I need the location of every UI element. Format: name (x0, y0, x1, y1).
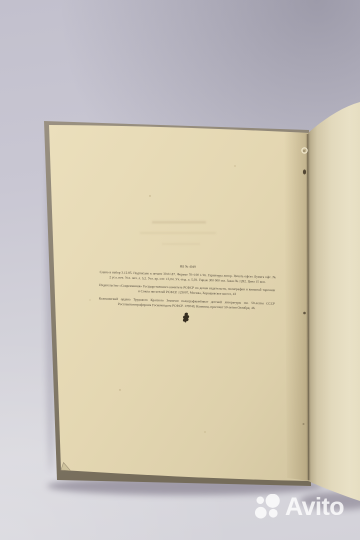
right-page (308, 102, 360, 501)
colophon-block: ИБ № 4049 Сдано в набор 3.12.85. Подписа… (98, 262, 276, 328)
binding-staple-hole (303, 150, 305, 152)
avito-wordmark: Avito (285, 495, 344, 520)
colophon-paragraph-printer: Калининский ордена Трудового Красного Зн… (99, 296, 275, 311)
product-photo: ИБ № 4049 Сдано в набор 3.12.85. Подписа… (0, 0, 360, 540)
colophon-paragraph-publisher: Издательство «Современник» Государственн… (99, 283, 275, 298)
binding-dark-spot (303, 170, 306, 175)
avito-watermark: Avito (253, 494, 344, 520)
avito-logo-icon (253, 494, 281, 520)
binding-dot-lower (303, 423, 305, 425)
gutter-crease-core (308, 134, 309, 480)
colophon-paragraph-print-specs: Сдано в набор 3.12.85. Подписано к печат… (99, 270, 275, 285)
left-page-gutter-shading (284, 132, 309, 481)
binding-dot-middle (303, 312, 306, 315)
